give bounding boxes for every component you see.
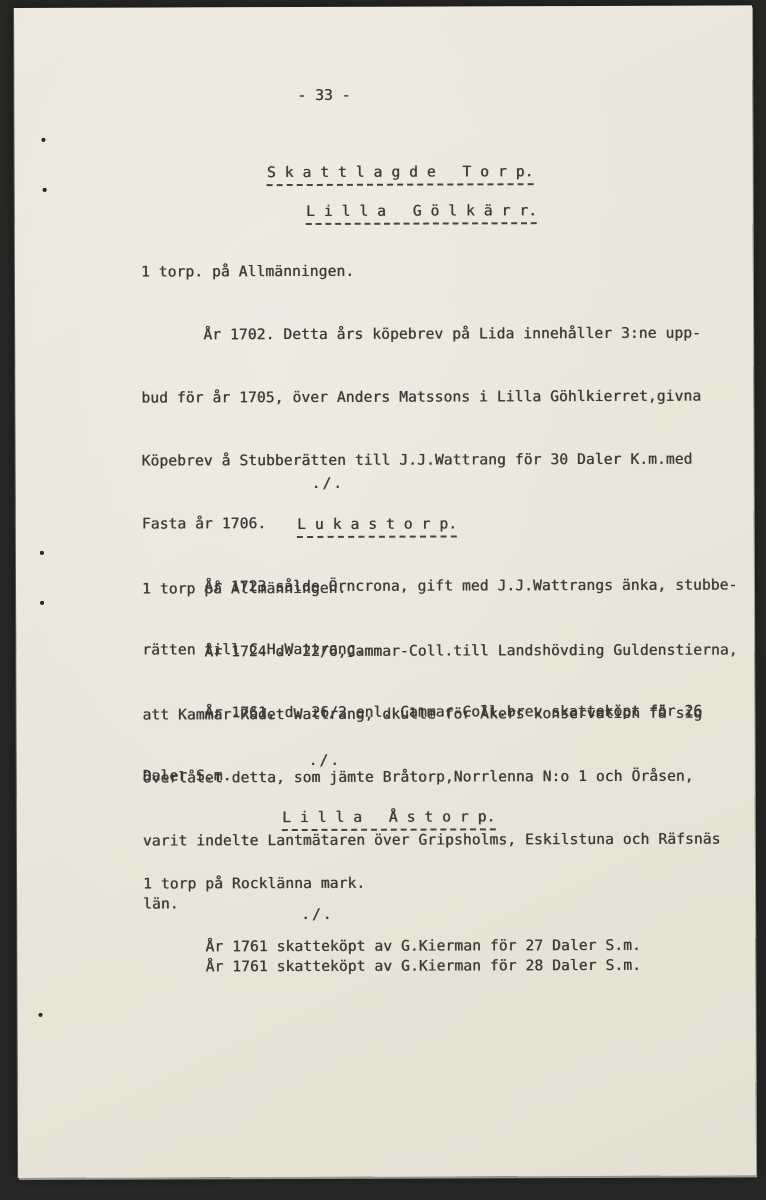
text-line: År 1702. Detta års köpebrev på Lida inne… bbox=[141, 318, 736, 349]
text-line: att Kammar-Rådet Wattrang, dkulle för Åk… bbox=[142, 698, 737, 729]
pinhole-mark bbox=[41, 138, 45, 142]
section-separator: ./. bbox=[312, 475, 344, 492]
section-separator: ./. bbox=[301, 906, 333, 923]
document-title-text: S k a t t l a g d e T o r p. bbox=[267, 163, 534, 186]
pinhole-mark bbox=[40, 601, 44, 605]
section-heading-text: L i l l a Å s t o r p. bbox=[282, 808, 495, 831]
text-line: 1 torp. på Allmänningen. bbox=[141, 255, 736, 286]
text-line: 1 torp på Allmänningen. bbox=[142, 572, 737, 603]
section-separator: ./. bbox=[309, 752, 341, 769]
text-line: 1 torp på Rocklänna mark. bbox=[143, 868, 641, 899]
document-page: - 33 - S k a t t l a g d e T o r p. L i … bbox=[14, 5, 756, 1178]
text-line: överlåtet detta, som jämte Bråtorp,Norrl… bbox=[143, 761, 738, 792]
text-line: Köpebrev å Stubberätten till J.J.Wattran… bbox=[142, 444, 737, 475]
section-heading-text: L u k a s t o r p. bbox=[297, 515, 457, 538]
page-number: - 33 - bbox=[297, 87, 350, 104]
text-line: År 1724 d. 22/6,Cammar-Coll.till Landshö… bbox=[142, 635, 737, 666]
pinhole-mark bbox=[39, 1013, 43, 1017]
scanner-background: - 33 - S k a t t l a g d e T o r p. L i … bbox=[0, 0, 766, 1200]
text-line: bud för år 1705, över Anders Matssons i … bbox=[141, 381, 736, 412]
text-line: År 1761 skatteköpt av G.Kierman för 27 D… bbox=[143, 931, 641, 962]
pinhole-mark bbox=[40, 551, 44, 555]
section-body-lilla-astorp: 1 torp på Rocklänna mark. År 1761 skatte… bbox=[143, 834, 641, 996]
pinhole-mark bbox=[43, 188, 47, 192]
